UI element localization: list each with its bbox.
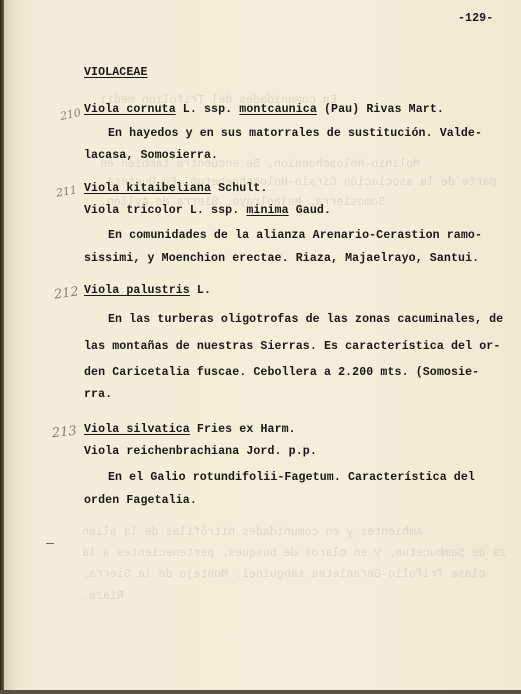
synonym-prefix: Viola tricolor L. ssp.: [84, 204, 246, 217]
description-line: lacasa, Somosierra.: [84, 149, 218, 162]
margin-mark: [46, 543, 54, 544]
page-number: -129-: [458, 12, 493, 25]
entry-number-annotation: 212: [53, 284, 80, 302]
synonym-rest: Gaud.: [289, 204, 331, 217]
synonym-line: Viola tricolor L. ssp. minima Gaud.: [84, 204, 331, 217]
synonym-prefix: Viola reichenbrachiana Jord. p.p.: [84, 445, 317, 458]
species-author-rest: (Pau) Rivas Mart.: [317, 103, 444, 116]
synonym-line: Viola reichenbrachiana Jord. p.p.: [84, 445, 317, 458]
entry-number-annotation: 211: [55, 183, 78, 199]
bleed-through-line: Ambientes y en comunidades nitrófilas de…: [82, 526, 423, 539]
species-heading: Viola cornuta L. ssp. montcaunica (Pau) …: [84, 103, 444, 116]
species-author: Fries ex Harm.: [190, 423, 296, 436]
description-line: sissimi, y Moenchion erectae. Riaza, Maj…: [84, 252, 479, 265]
species-heading: Viola palustris L.: [84, 284, 211, 297]
description-line: En comunidades de la alianza Arenario-Ce…: [108, 229, 482, 242]
bleed-through-line: Riaza.: [82, 590, 124, 603]
description-line: las montañas de nuestras Sierras. Es car…: [84, 340, 500, 353]
species-name: Viola kitaibeliana: [84, 182, 211, 195]
species-heading: Viola kitaibeliana Schult.: [84, 182, 268, 195]
description-line: orden Fagetalia.: [84, 494, 197, 507]
description-line: En el Galio rotundifolii-Fagetum. Caract…: [108, 471, 475, 484]
species-heading: Viola silvatica Fries ex Harm.: [84, 423, 296, 436]
species-author: Schult.: [211, 182, 267, 195]
species-name: Viola silvatica: [84, 423, 190, 436]
description-line: rra.: [84, 388, 112, 401]
description-line: En las turberas oligotrofas de las zonas…: [108, 313, 503, 326]
typewritten-page: En comunidades del Trifolion medii Molin…: [4, 0, 521, 690]
description-line: den Caricetalia fuscae. Cebollera a 2.20…: [84, 366, 479, 379]
bleed-through-line: clase Trifolio-Geranietea sanguinei. Mon…: [82, 568, 486, 581]
entry-number-annotation: 213: [51, 424, 77, 442]
description-line: En hayedos y en sus matorrales de sustit…: [108, 127, 482, 140]
species-author: L.: [190, 284, 211, 297]
species-name: Viola cornuta: [84, 103, 176, 116]
page-bottom-edge: [0, 690, 521, 694]
species-author: L. ssp.: [176, 103, 240, 116]
subspecies-name: montcaunica: [239, 103, 317, 116]
bleed-through-line: za de Sambucetum, y en claros de bosques…: [82, 547, 506, 560]
section-title: VIOLACEAE: [84, 66, 148, 79]
synonym-subspecies: minima: [246, 204, 288, 217]
species-name: Viola palustris: [84, 284, 190, 297]
entry-number-annotation: 210: [59, 106, 82, 123]
